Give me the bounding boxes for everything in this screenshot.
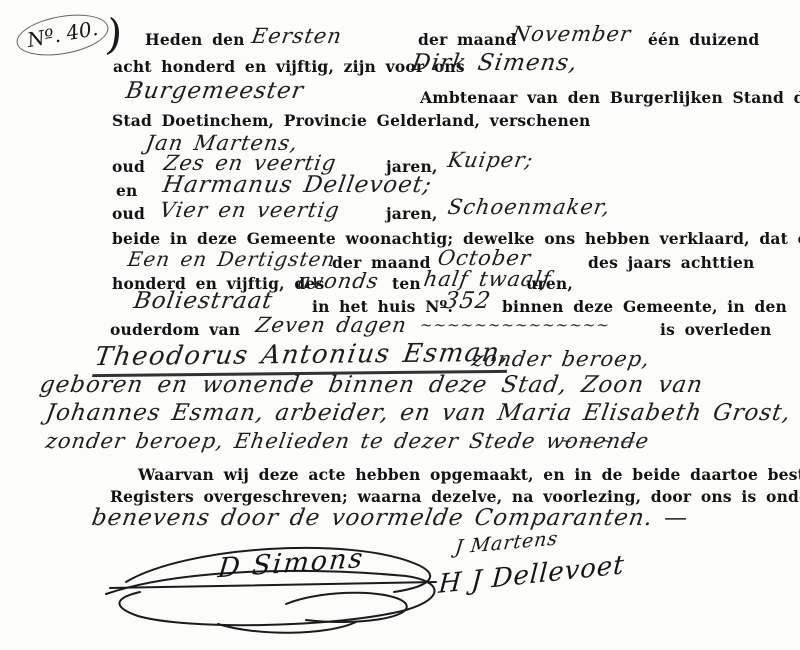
handwritten-declarant1-occupation: Kuiper; bbox=[446, 148, 535, 172]
official-signature-flourish bbox=[98, 528, 448, 638]
printed-oud-2: oud bbox=[112, 204, 145, 223]
printed-is-overleden: is overleden bbox=[660, 320, 772, 339]
handwritten-house-number: 352 bbox=[442, 288, 493, 314]
printed-jaren-2: jaren, bbox=[386, 204, 438, 223]
printed-ambtenaar: Ambtenaar van den Burgerlijken Stand der bbox=[420, 88, 800, 107]
handwritten-month: November bbox=[510, 22, 633, 46]
act-number-oval: Nº. 40. bbox=[13, 8, 112, 62]
printed-een-duizend: één duizend bbox=[648, 30, 759, 49]
handwritten-deceased-line2: geboren en wonende binnen deze Stad, Zoo… bbox=[38, 372, 705, 398]
printed-ten: ten bbox=[392, 274, 421, 293]
wavy-filler-line-2: ~ — ~ — bbox=[559, 432, 637, 450]
printed-des-jaars: des jaars achttien bbox=[588, 253, 755, 272]
handwritten-parents-line: Johannes Esman, arbeider, en van Maria E… bbox=[44, 400, 793, 426]
handwritten-declarant2-name: Harmanus Dellevoet; bbox=[161, 172, 434, 198]
printed-der-maand: der maand bbox=[418, 30, 517, 49]
printed-uren: uren, bbox=[526, 274, 573, 293]
handwritten-official-name: Dirk Simens, bbox=[410, 50, 580, 76]
handwritten-death-day: Een en Dertigsten bbox=[126, 247, 337, 271]
handwritten-deceased-beroep: zonder beroep, bbox=[470, 347, 652, 371]
printed-binnen-gemeente: binnen deze Gemeente, in den bbox=[502, 297, 787, 316]
act-number: Nº. 40. bbox=[16, 16, 109, 54]
handwritten-day: Eersten bbox=[250, 24, 344, 48]
handwritten-official-title: Burgemeester bbox=[124, 78, 306, 104]
handwritten-deceased-age: Zeven dagen bbox=[254, 313, 409, 337]
printed-en: en bbox=[116, 181, 138, 200]
printed-oud-1: oud bbox=[112, 157, 145, 176]
printed-ouderdom-van: ouderdom van bbox=[110, 320, 240, 339]
printed-closing-line2: Registers overgeschreven; waarna dezelve… bbox=[110, 487, 800, 506]
death-certificate-page: Nº. 40. ) Heden den Eersten der maand No… bbox=[0, 0, 800, 650]
printed-heden-den: Heden den bbox=[145, 30, 245, 49]
printed-closing-line1: Waarvan wij deze acte hebben opgemaakt, … bbox=[138, 465, 800, 484]
handwritten-declarant2-occupation: Schoenmaker, bbox=[446, 195, 612, 219]
wavy-filler-line: ~~~~~~~~~~~~~~ bbox=[419, 316, 611, 334]
handwritten-daypart: avonds bbox=[296, 269, 381, 293]
handwritten-declarant2-age: Vier en veertig bbox=[158, 198, 341, 222]
printed-stad-provincie: Stad Doetinchem, Provincie Gelderland, v… bbox=[112, 111, 590, 130]
handwritten-street: Boliestraat bbox=[132, 288, 275, 314]
witness1-signature: J Martens bbox=[454, 527, 560, 558]
